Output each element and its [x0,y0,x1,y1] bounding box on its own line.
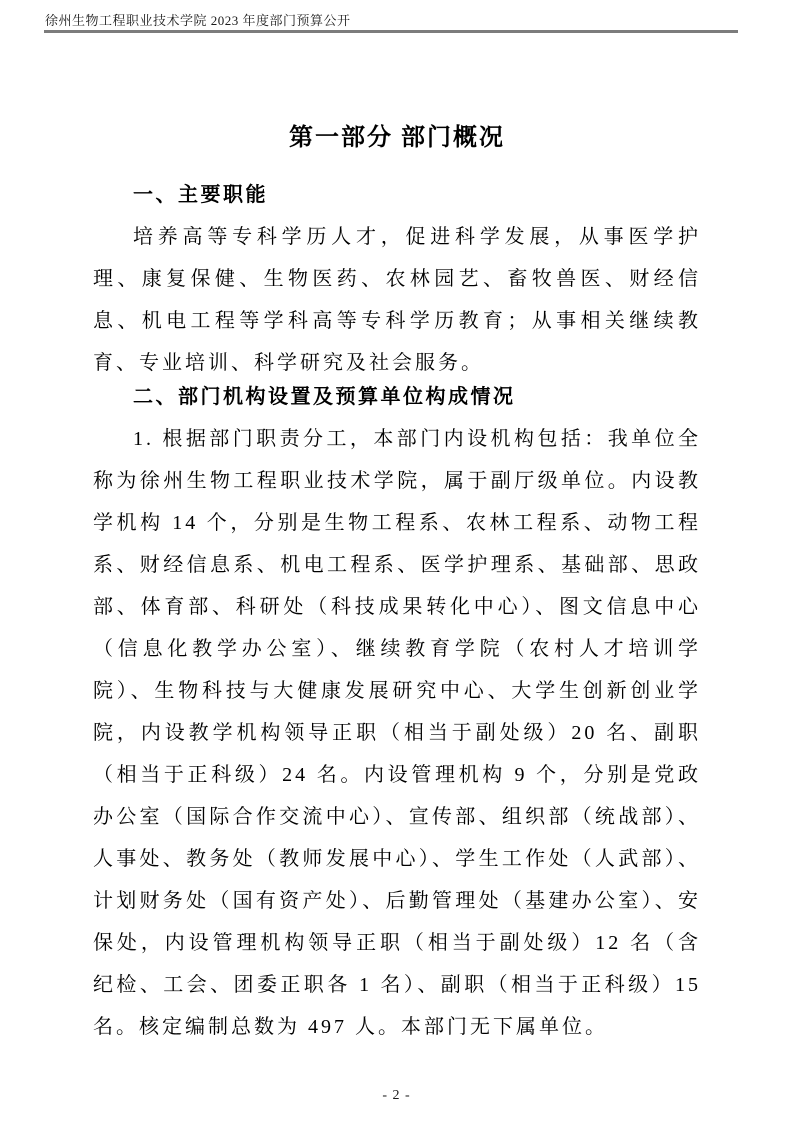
section-2-paragraph: 1. 根据部门职责分工，本部门内设机构包括：我单位全称为徐州生物工程职业技术学院… [93,418,701,1048]
section-1-paragraph: 培养高等专科学历人才，促进科学发展，从事医学护理、康复保健、生物医药、农林园艺、… [93,216,701,384]
document-content: 第一部分 部门概况 一、主要职能 培养高等专科学历人才，促进科学发展，从事医学护… [93,0,701,1048]
document-title: 第一部分 部门概况 [93,124,701,152]
page-number: - 2 - [0,1088,793,1104]
section-2-heading: 二、部门机构设置及预算单位构成情况 [93,376,701,418]
document-page: 徐州生物工程职业技术学院 2023 年度部门预算公开 第一部分 部门概况 一、主… [0,0,793,1122]
section-1-heading: 一、主要职能 [93,174,701,216]
